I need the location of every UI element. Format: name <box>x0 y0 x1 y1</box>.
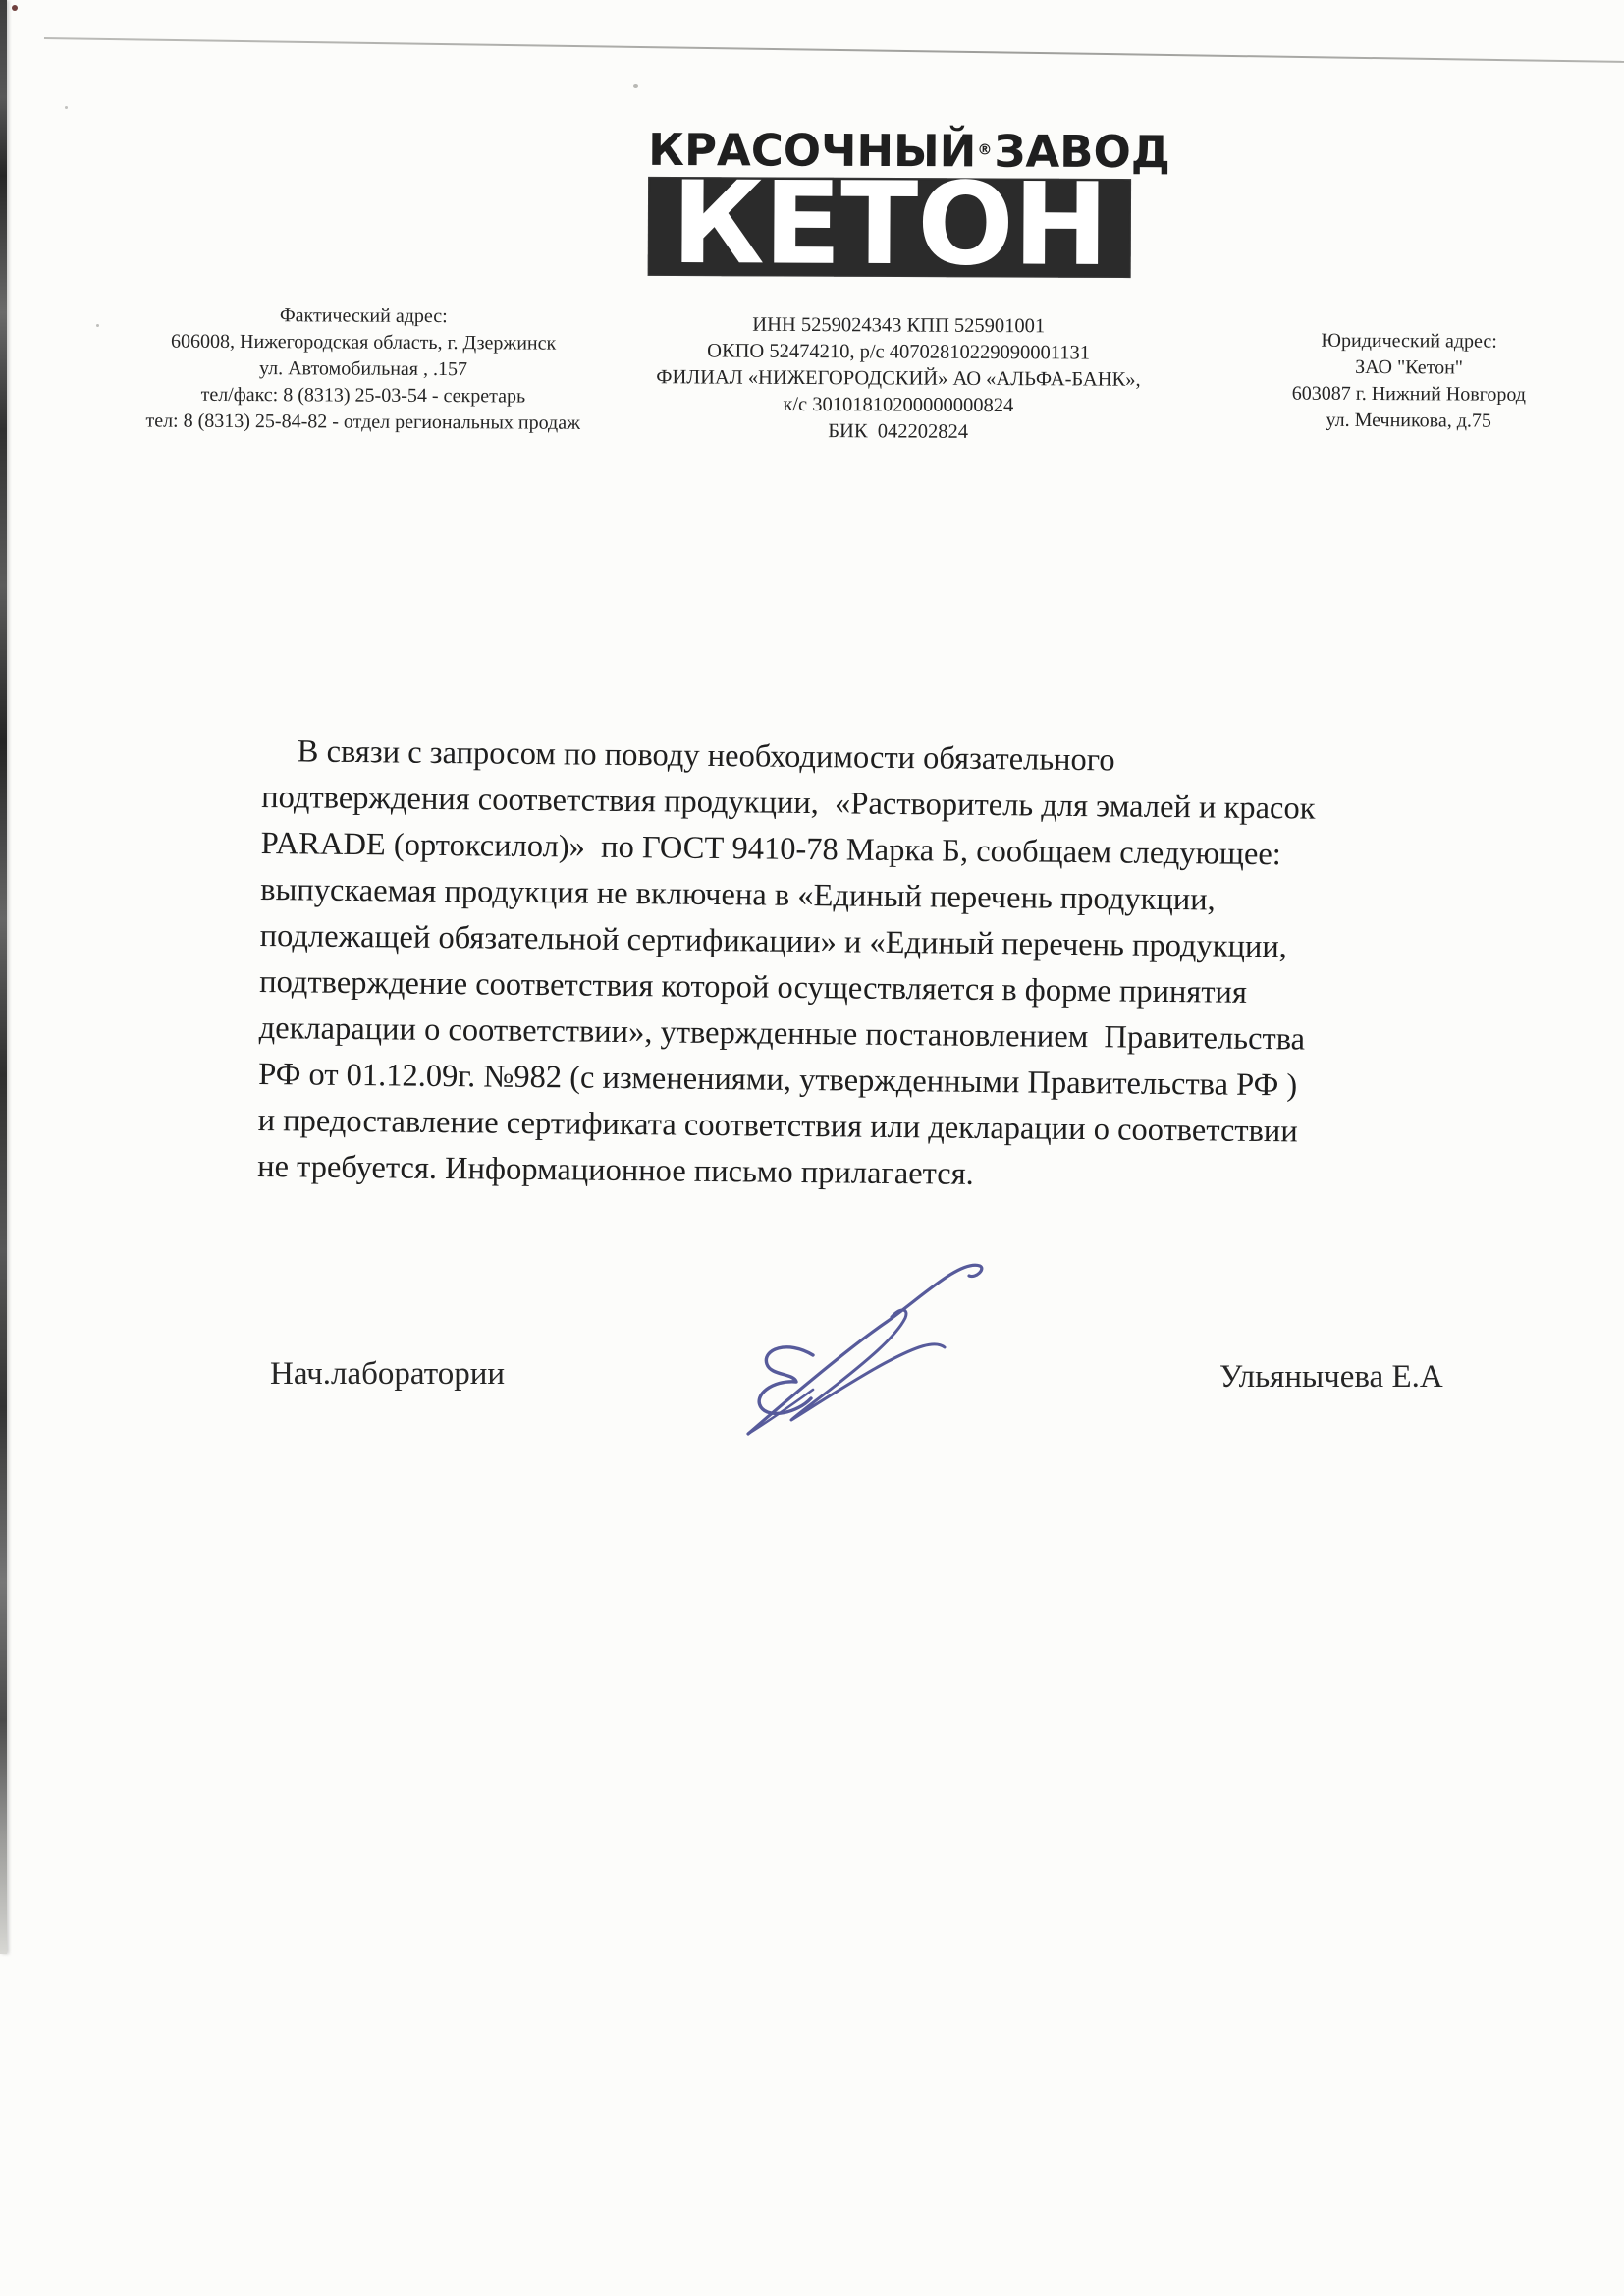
scan-speck <box>65 106 68 109</box>
brand-name: КЕТОН <box>672 167 1108 283</box>
legal-line: ЗАО "Кетон" <box>1247 354 1571 382</box>
legal-line: ул. Мечникова, д.75 <box>1247 407 1571 435</box>
address-line: тел: 8 (8313) 25-84-82 - отдел региональ… <box>98 408 628 437</box>
address-line: ул. Автомобильная , .157 <box>98 355 628 384</box>
logo-box: КЕТОН <box>648 177 1131 278</box>
signature-stroke-flourish <box>791 1310 945 1420</box>
bank-line: ФИЛИАЛ «НИЖЕГОРОДСКИЙ» АО «АЛЬФА-БАНК», <box>633 364 1164 394</box>
address-line: 606008, Нижегородская область, г. Дзержи… <box>98 328 628 357</box>
bank-line: ИНН 5259024343 КПП 525901001 <box>633 311 1164 341</box>
bank-line: БИК 042202824 <box>633 417 1164 447</box>
legal-address-block: Юридический адрес: ЗАО "Кетон" 603087 г.… <box>1247 327 1572 435</box>
bank-line: ОКПО 52474210, р/с 40702810229090001131 <box>633 338 1164 367</box>
signer-name: Ульянычева Е.А <box>1219 1359 1443 1395</box>
bank-details-block: ИНН 5259024343 КПП 525901001 ОКПО 524742… <box>633 311 1164 447</box>
signature-stroke-loop <box>748 1265 982 1434</box>
letter-body: В связи с запросом по поводу необходимос… <box>257 729 1431 1203</box>
address-line: Фактический адрес: <box>98 301 628 331</box>
company-logo: КРАСОЧНЫЙ®ЗАВОД КЕТОН <box>648 127 1132 278</box>
actual-address-block: Фактический адрес: 606008, Нижегородская… <box>98 301 629 437</box>
signature-stroke-e <box>759 1347 813 1414</box>
letterhead: Фактический адрес: 606008, Нижегородская… <box>2 0 1624 4</box>
legal-line: Юридический адрес: <box>1247 327 1571 355</box>
scan-speck <box>633 84 638 88</box>
scan-line-artifact <box>44 37 1624 63</box>
address-line: тел/факс: 8 (8313) 25-03-54 - секретарь <box>98 381 628 410</box>
legal-line: 603087 г. Нижний Новгород <box>1247 380 1571 409</box>
signer-position: Нач.лаборатории <box>270 1356 505 1393</box>
bank-line: к/с 30101810200000000824 <box>633 391 1164 420</box>
scanned-letter-page: КРАСОЧНЫЙ®ЗАВОД КЕТОН Фактический адрес:… <box>0 0 1624 2296</box>
handwritten-signature <box>727 1245 1001 1453</box>
scan-speck <box>12 5 18 11</box>
scan-edge-artifact <box>0 0 7 1954</box>
